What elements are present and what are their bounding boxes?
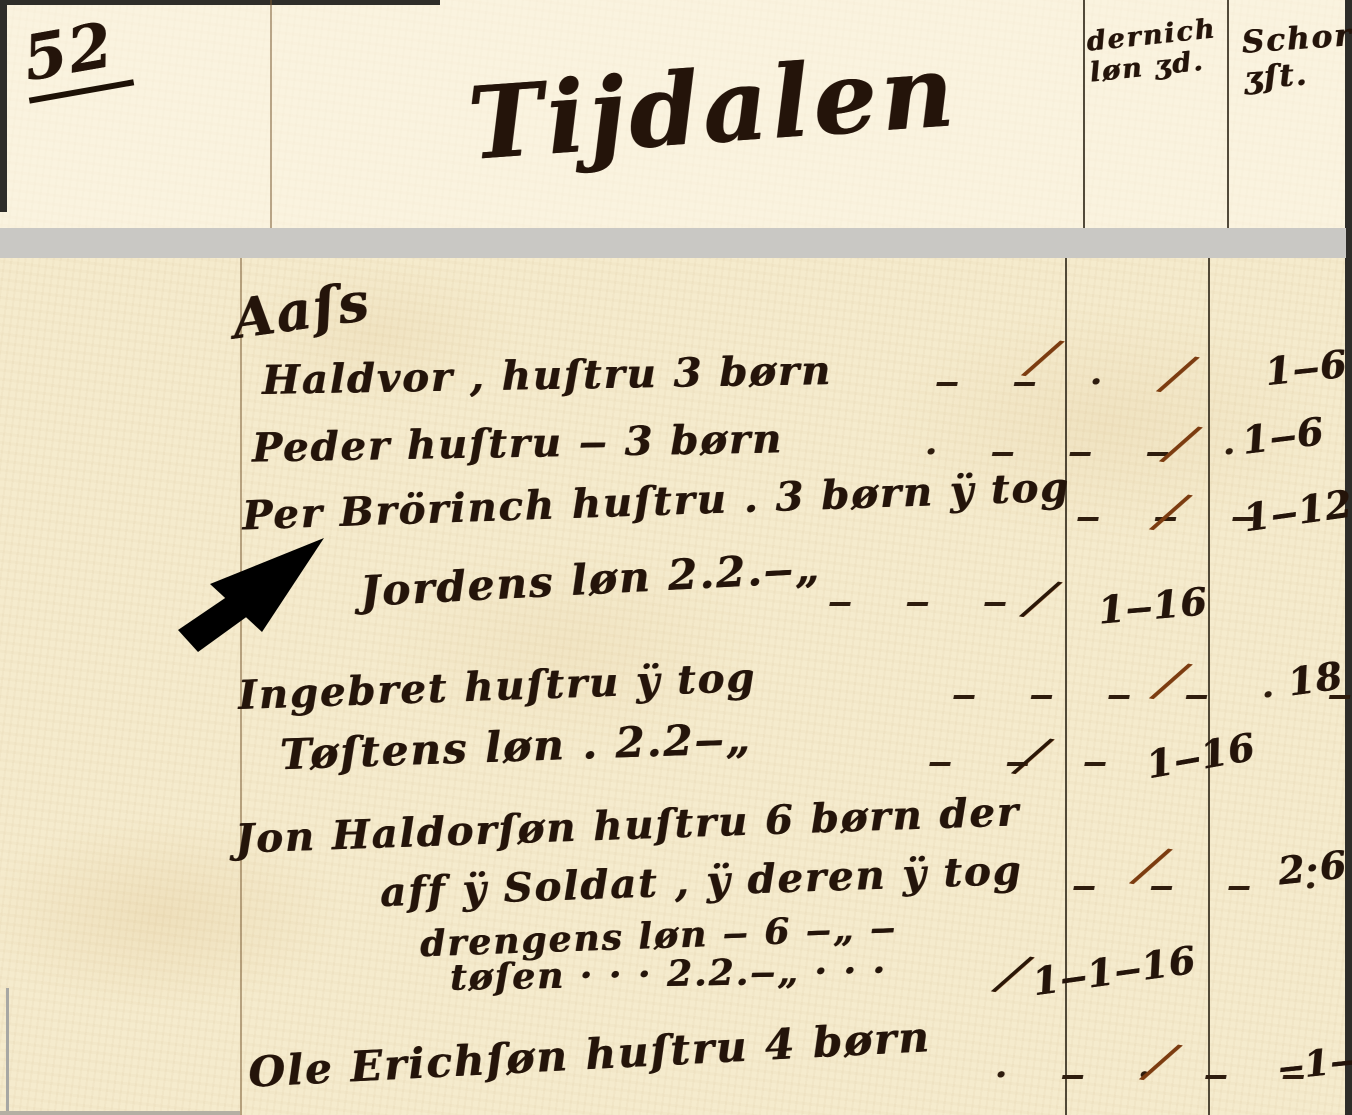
ink-slash: ⁄ — [1031, 573, 1049, 628]
entry-value: 1‒16 — [1143, 724, 1259, 787]
paper-edge-left-bottom — [6, 988, 9, 1115]
scan-band — [0, 228, 1346, 258]
entry-value: 1‒1‒16 — [1030, 937, 1199, 1004]
entry-text: Per Brörinch huſtru . 3 børn ÿ tog — [241, 464, 1070, 540]
ruled-line-top-left — [270, 0, 272, 228]
entry-text: aff ÿ Soldat , ÿ deren ÿ tog — [379, 847, 1023, 916]
entry-marks: ‒ ‒ · — [935, 362, 1112, 402]
entry-value: 1‒12 — [1240, 481, 1352, 541]
paper-edge-top — [0, 0, 440, 5]
entry-value: 18 — [1285, 652, 1346, 704]
entry-text: Haldvor , huſtru 3 børn — [262, 347, 833, 404]
column-header-2: Schor ʒſt. — [1241, 18, 1352, 97]
manuscript-page: 52 Tijdalen dernich løn ʒd. Schor ʒſt. A… — [0, 0, 1352, 1115]
entry-text: Tøſtens løn . 2.2‒„ — [279, 714, 752, 779]
ink-slash: ⁄ — [1168, 348, 1186, 403]
entry-text: tøſen · · · 2.2.‒„ · · · — [450, 949, 888, 999]
paper-edge-left-top — [0, 0, 7, 212]
entry-marks: ‒ ‒ ‒ — [928, 742, 1117, 782]
ruled-line-top-col2 — [1227, 0, 1229, 228]
entry-marks: ‒ ‒ ‒ — [828, 582, 1017, 622]
ruled-line-top-col1 — [1083, 0, 1085, 228]
entry-text: Ingebret huſtru ÿ tog — [237, 654, 757, 719]
entry-value: 1‒6 — [1263, 341, 1350, 394]
section-heading: Aaſs — [228, 269, 374, 352]
ink-slash: ⁄ — [1003, 948, 1021, 1003]
paper-edge-right — [1345, 0, 1352, 1115]
entry-text: Ole Erichſøn huſtru 4 børn — [247, 1012, 932, 1097]
entry-value: 1‒6 — [1240, 408, 1327, 463]
pointer-arrow-icon — [172, 532, 332, 657]
paper-edge-bottom — [0, 1111, 240, 1115]
entry-text: Jordens løn 2.2.‒„ — [359, 543, 822, 616]
entry-value: 1‒16 — [1096, 578, 1209, 632]
entry-value: 2·6 — [1276, 842, 1349, 894]
entry-value: ‒1‒12 — [1276, 1033, 1352, 1088]
entry-text: Peder huſtru ‒ 3 børn — [252, 415, 784, 471]
